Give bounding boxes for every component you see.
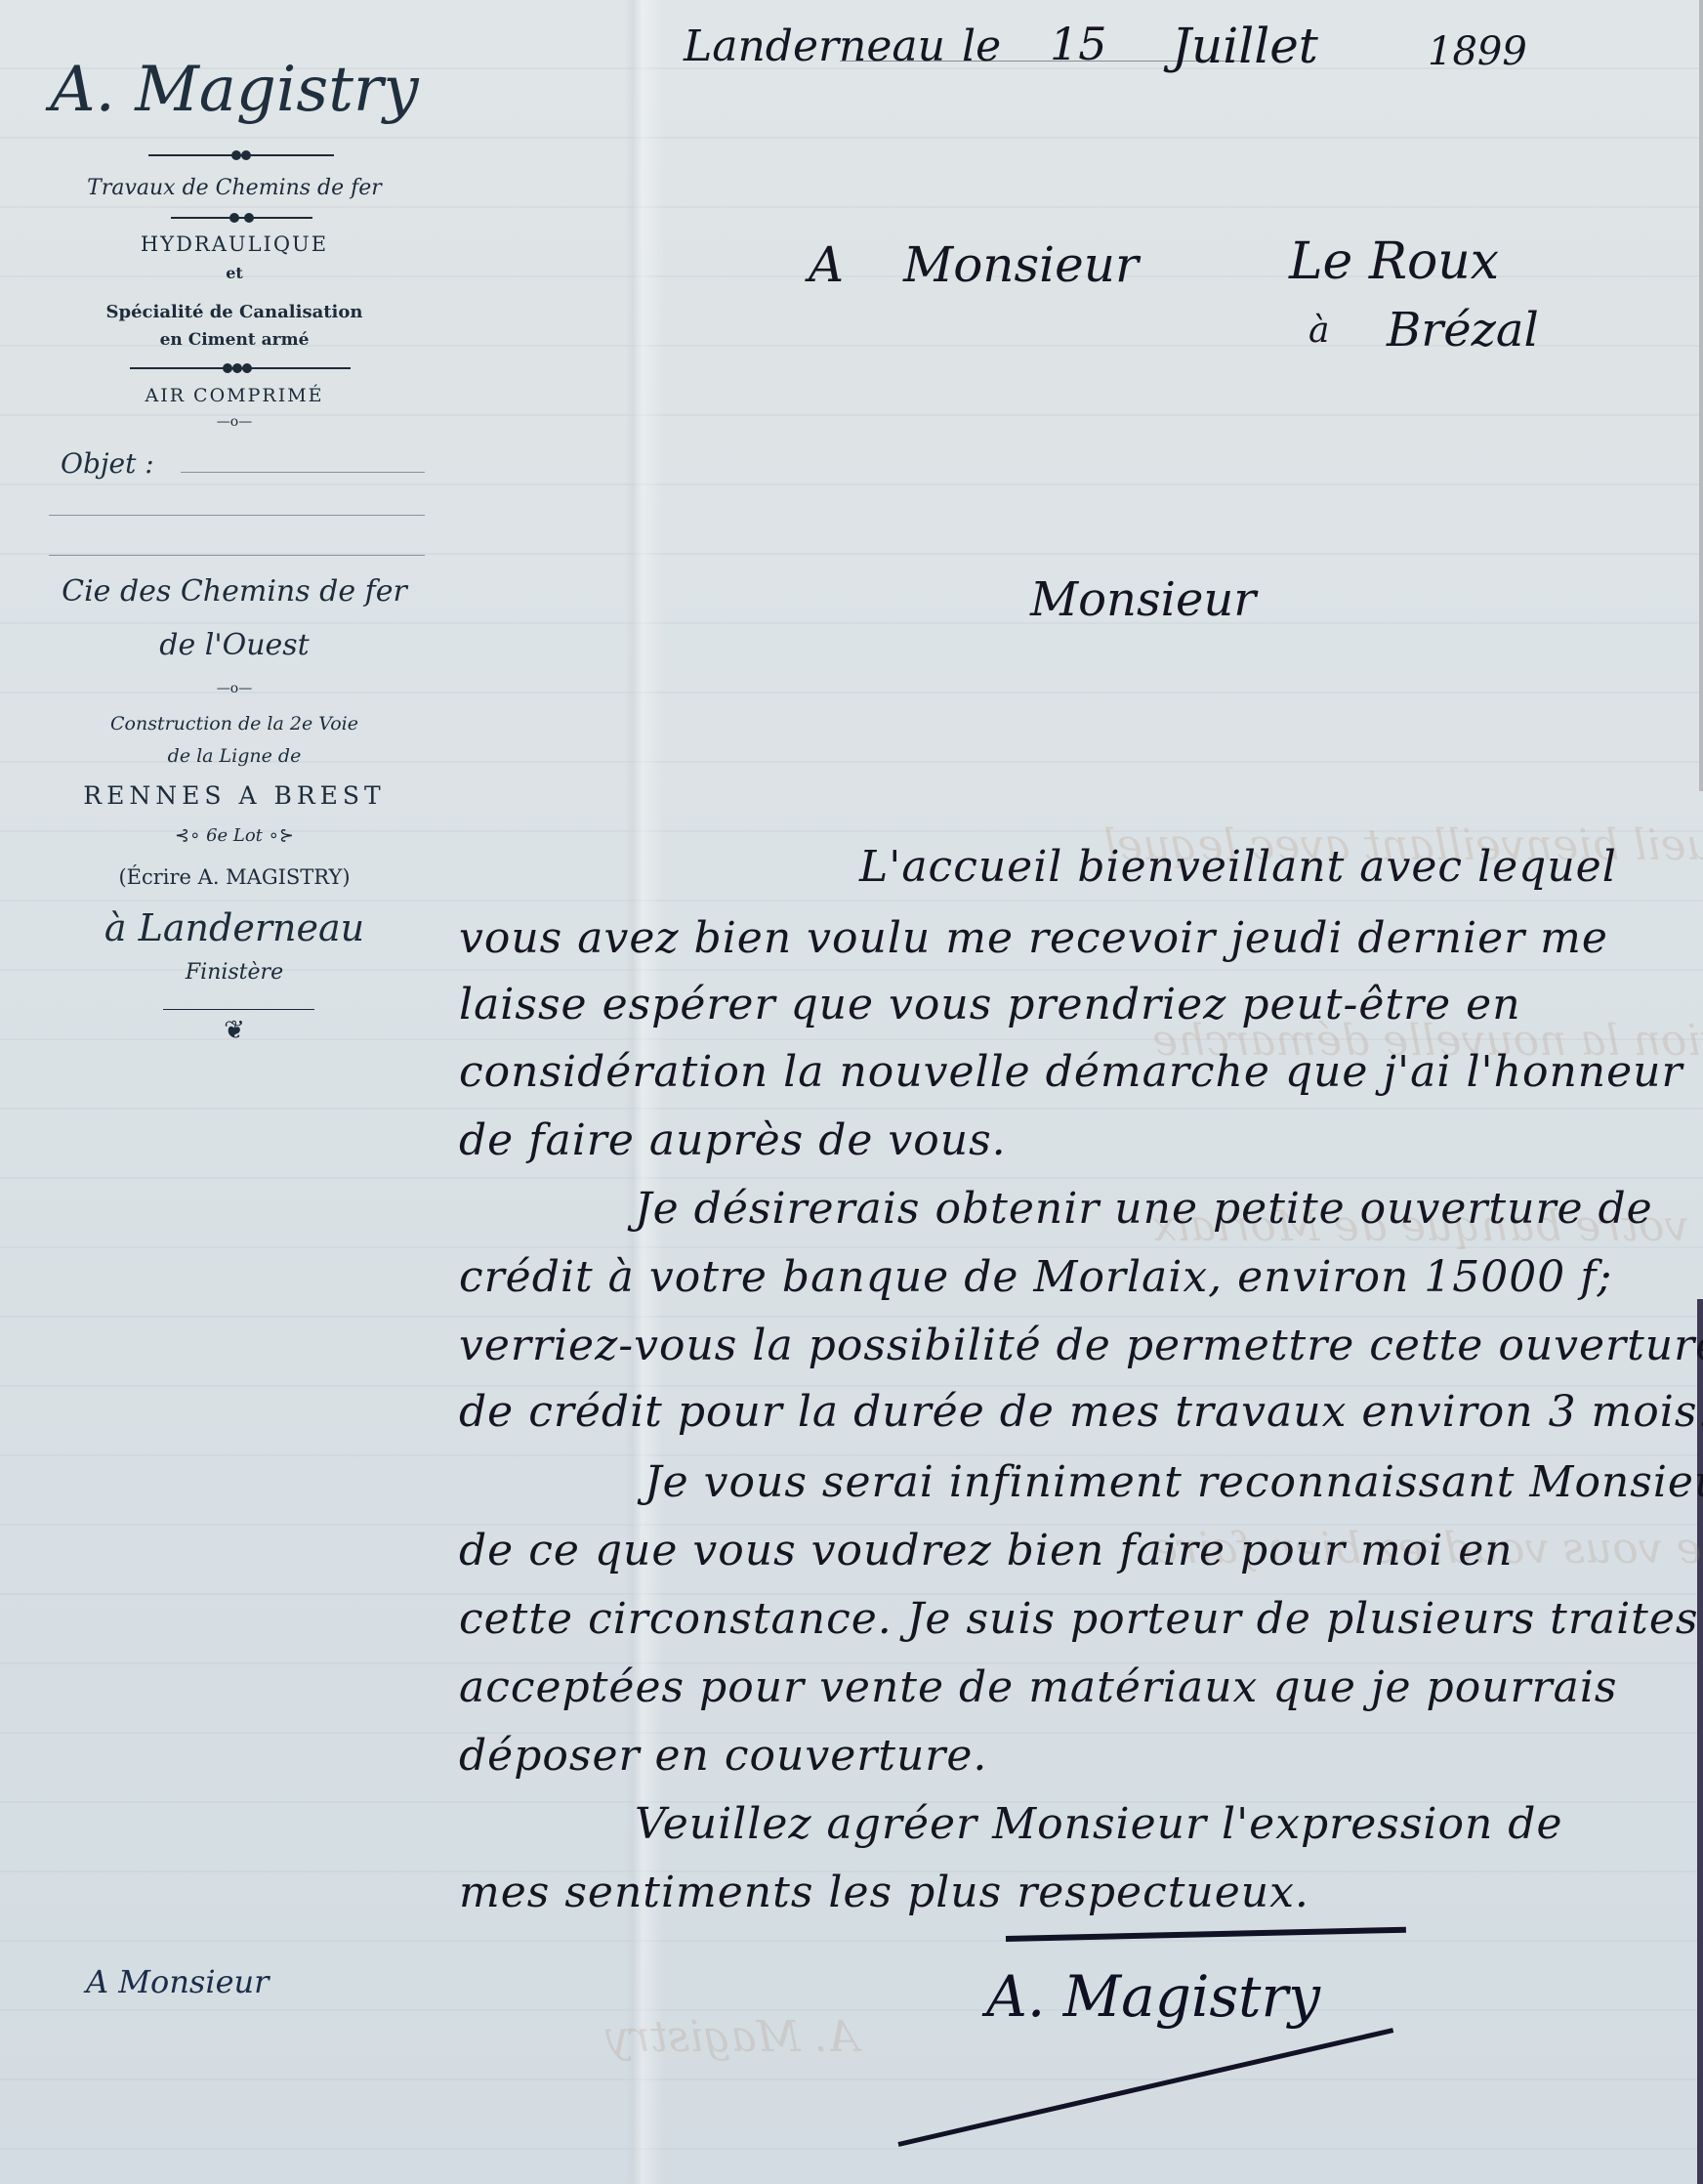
body-line: de crédit pour la durée de mes travaux e…	[459, 1387, 1703, 1437]
body-line: acceptées pour vente de matériaux que je…	[459, 1662, 1618, 1712]
letter-day: 15	[1050, 18, 1107, 70]
letterhead-brand: A. Magistry	[20, 54, 449, 126]
body-line: laisse espérer que vous prendriez peut-ê…	[459, 980, 1521, 1029]
body-line: déposer en couverture.	[459, 1731, 987, 1781]
letterhead-company-region: de l'Ouest	[20, 628, 449, 662]
body-line: Je désirerais obtenir une petite ouvertu…	[635, 1184, 1653, 1234]
letterhead-project-line: de la Ligne de	[20, 745, 449, 767]
letter-month: Juillet	[1172, 18, 1318, 74]
letter-year: 1899	[1428, 29, 1527, 74]
addressee-title: Monsieur	[903, 236, 1139, 293]
letter-page: L'accueil bienveillant avec lequel consi…	[0, 0, 1703, 2184]
letterhead-department: Finistère	[20, 960, 449, 985]
signature: A. Magistry	[986, 1963, 1320, 2030]
body-line: verriez-vous la possibilité de permettre…	[459, 1321, 1703, 1370]
ornamental-rule	[148, 154, 334, 156]
body-line: de ce que vous voudrez bien faire pour m…	[459, 1526, 1514, 1575]
addressee-prefix: A	[809, 236, 844, 293]
body-line: mes sentiments les plus respectueux.	[459, 1868, 1309, 1917]
ornament-left-icon: ⊰∘	[175, 825, 206, 846]
addressee-location-prefix: à	[1308, 311, 1329, 351]
letter-date-prefix: le	[962, 21, 1001, 71]
addressee-location: Brézal	[1387, 303, 1539, 357]
body-line: L'accueil bienveillant avec lequel	[859, 842, 1617, 892]
body-line: considération la nouvelle démarche que j…	[459, 1047, 1683, 1097]
letterhead-project: Construction de la 2e Voie	[20, 713, 449, 735]
letterhead-specialty-hydraulique: HYDRAULIQUE	[20, 232, 449, 256]
letterhead-specialty-air: AIR COMPRIMÉ	[20, 385, 449, 406]
ornament-right-icon: ∘⊱	[263, 825, 294, 846]
subject-field-line	[181, 472, 425, 473]
divider-mark: —o—	[20, 414, 449, 430]
letterhead-write-to: (Écrire A. MAGISTRY)	[20, 865, 449, 889]
letterhead-route: RENNES A BREST	[20, 781, 449, 810]
signature-overline	[1006, 1927, 1406, 1942]
body-line: Je vous serai infiniment reconnaissant M…	[644, 1457, 1703, 1507]
bleed-through-signature: A. Magistry	[605, 2012, 858, 2062]
body-line: crédit à votre banque de Morlaix, enviro…	[459, 1252, 1612, 1302]
letterhead-specialty-canalisation: Spécialité de Canalisation	[20, 302, 449, 322]
addressee-name: Le Roux	[1289, 232, 1499, 291]
letterhead-conjunction: et	[20, 264, 449, 282]
divider-mark: —o—	[20, 681, 449, 696]
body-line: vous avez bien voulu me recevoir jeudi d…	[459, 913, 1608, 963]
subject-field-line	[49, 515, 425, 516]
subject-label: Objet :	[61, 447, 154, 480]
ornamental-rule	[163, 1009, 314, 1010]
body-line: Veuillez agréer Monsieur l'expression de	[635, 1799, 1563, 1849]
ornamental-rule	[171, 217, 312, 219]
letterhead-address-block: A Monsieur	[86, 1963, 269, 2000]
letterhead-specialty-ciment: en Ciment armé	[20, 330, 449, 350]
page-edge	[1699, 0, 1703, 791]
letter-place: Landerneau	[684, 21, 945, 71]
subject-field-line	[49, 555, 425, 556]
letterhead-lot: ⊰∘ 6e Lot ∘⊱	[20, 825, 449, 846]
ornamental-rule	[130, 367, 351, 369]
letterhead-company: Cie des Chemins de fer	[49, 574, 420, 609]
fleuron-ornament-icon: ❦	[20, 1016, 449, 1045]
salutation: Monsieur	[1030, 572, 1256, 627]
letterhead-city: à Landerneau	[20, 906, 449, 949]
signature-underline	[897, 2028, 1393, 2147]
body-line: de faire auprès de vous.	[459, 1115, 1007, 1165]
body-line: cette circonstance. Je suis porteur de p…	[459, 1594, 1698, 1644]
letterhead-trade: Travaux de Chemins de fer	[20, 176, 449, 200]
